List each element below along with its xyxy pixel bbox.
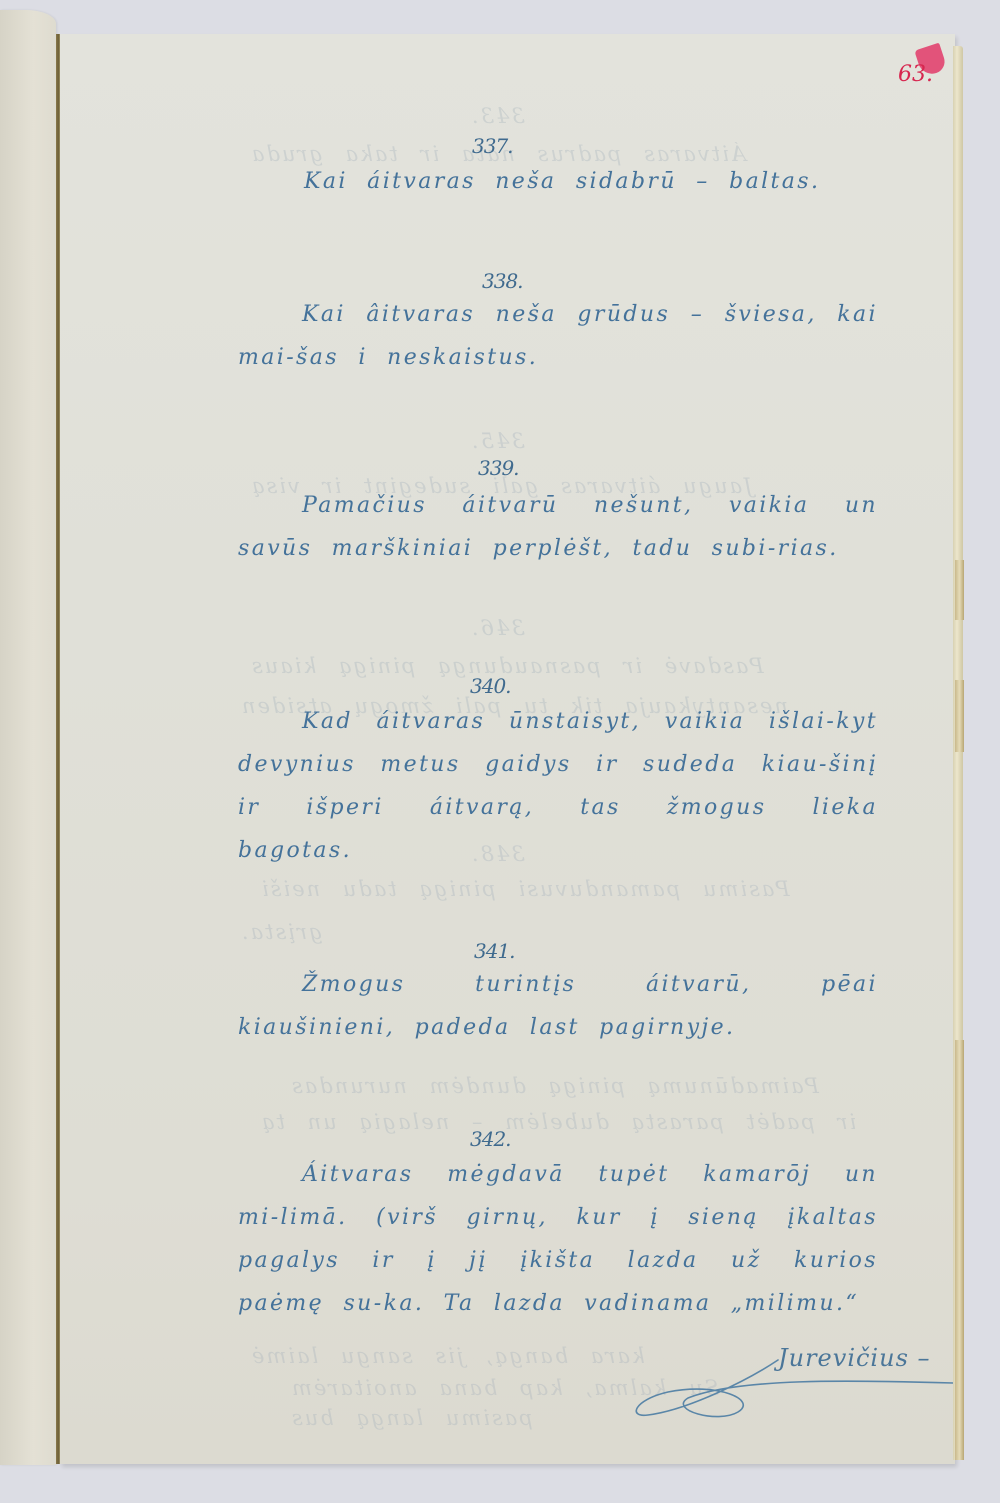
entry-text: Kai âitvaras neša grūdus – šviesa, kai m… (238, 293, 878, 379)
show-through-text: 345. (470, 429, 525, 453)
page-number: 63. (898, 62, 933, 87)
facing-left-page (0, 10, 56, 1465)
show-through-text: 346. (470, 616, 525, 640)
show-through-text: ir padėt parastą dubelėm – nelagią un tą (260, 1110, 856, 1134)
entry-number: 342. (470, 1127, 511, 1151)
entry-number: 341. (474, 939, 515, 963)
entry-text: Kad áitvaras ūnstaisyt, vaikia išlai-kyt… (238, 700, 878, 872)
show-through-text: grįsta. (240, 920, 323, 944)
page-tab (955, 1040, 964, 1460)
signature: Jurevičius – (628, 1340, 958, 1430)
entry-number: 340. (470, 674, 511, 698)
page-tab (955, 680, 964, 752)
notebook-page: 343. Áitvaras padrus nata ir taka gruda … (60, 34, 955, 1464)
entry-text: Áitvaras mėgdavā tupėt kamarōj un mi-lim… (238, 1153, 878, 1325)
entry-text: Žmogus turintįs áitvarū, pēai kiaušinien… (238, 963, 878, 1049)
signature-text: Jurevičius – (778, 1344, 931, 1372)
show-through-text: 343. (470, 104, 525, 128)
show-through-text: kara bangą, jis sangu laimė (250, 1344, 645, 1368)
entry-number: 338. (482, 269, 523, 293)
entry-number: 339. (478, 456, 519, 480)
entry-text: Pamačius áitvarū nešunt, vaikia un savūs… (238, 484, 878, 570)
page-tab (955, 560, 964, 620)
show-through-text: Pasimu pamanduvusi pinigą tadu neiši (260, 877, 790, 901)
show-through-text: Paimadūnumą pinigą dundėm nurundas (290, 1074, 819, 1098)
entry-number: 337. (472, 134, 513, 158)
entry-text: Kai áitvaras neša sidabrū – baltas. (240, 160, 880, 203)
show-through-text: pasimu langą bus (290, 1406, 533, 1430)
